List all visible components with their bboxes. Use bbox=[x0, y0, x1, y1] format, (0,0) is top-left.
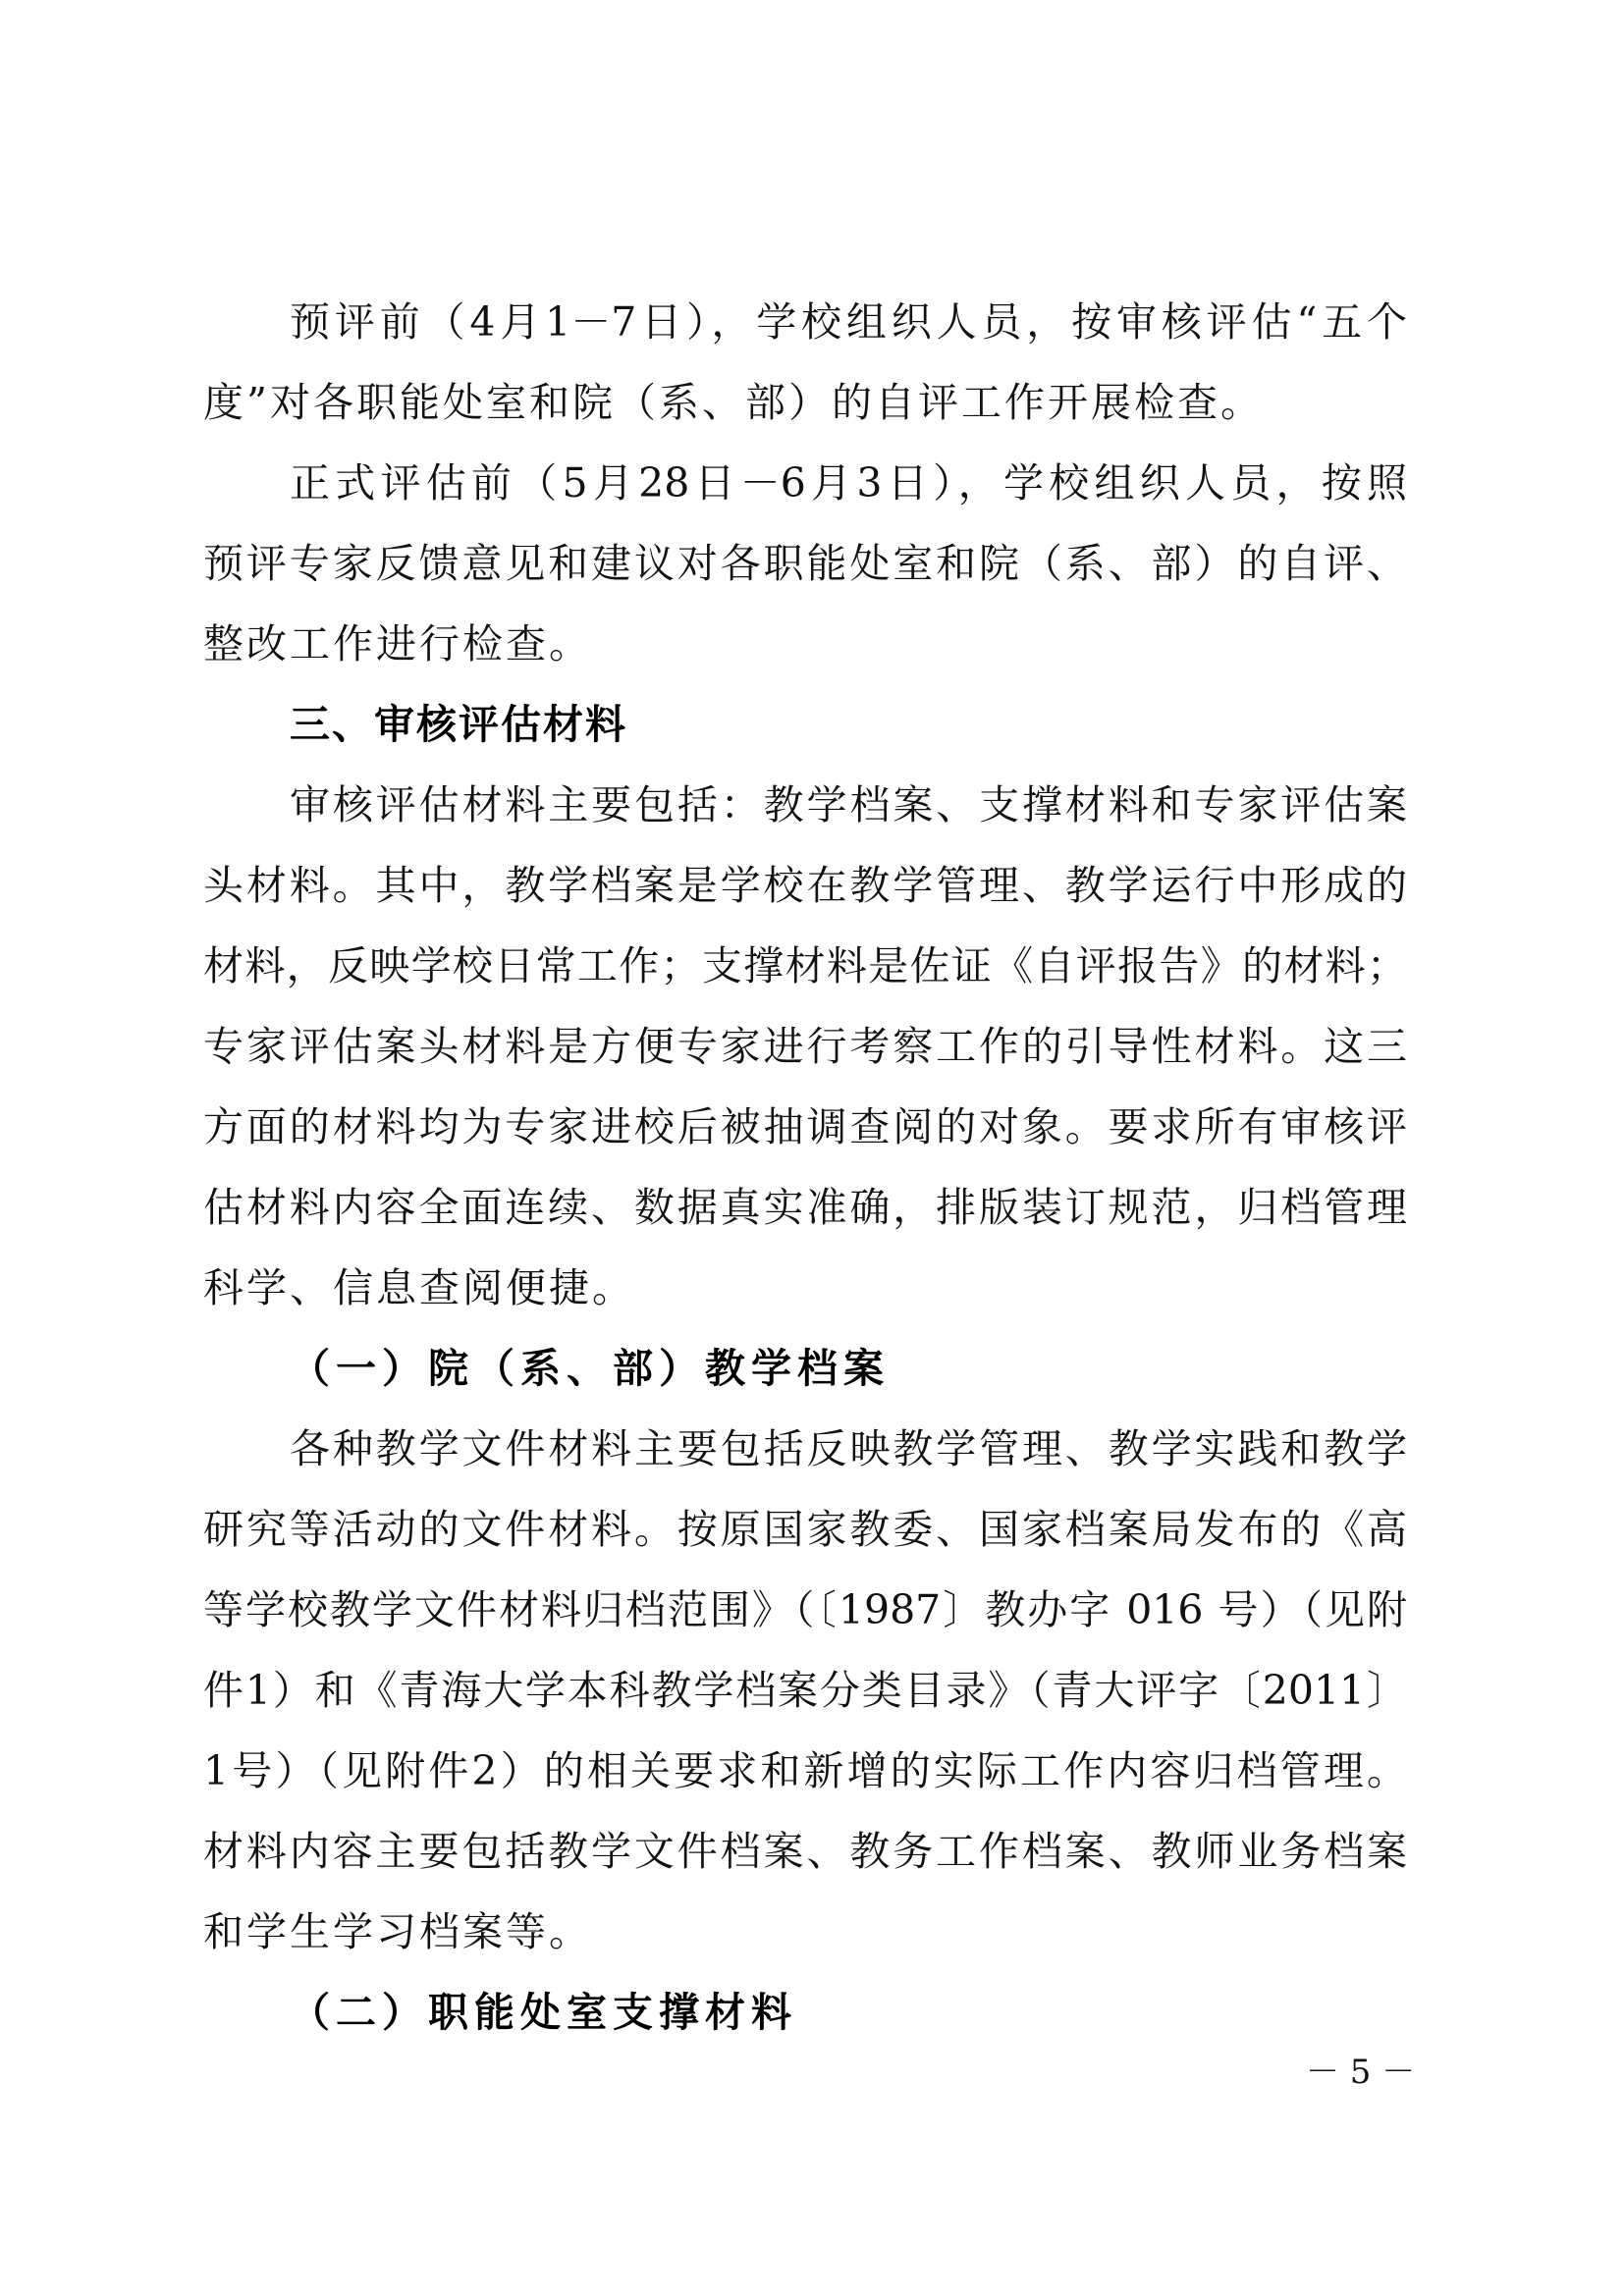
subsection-heading: （一）院（系、部）教学档案 bbox=[290, 1328, 1407, 1409]
paragraph-line: 件1）和《青海大学本科教学档案分类目录》（青大评字〔2011〕 bbox=[203, 1650, 1407, 1731]
paragraph-line: 1号）（见附件2）的相关要求和新增的实际工作内容归档管理。 bbox=[203, 1731, 1407, 1811]
subsection-heading: （二）职能处室支撑材料 bbox=[290, 1972, 1407, 2053]
paragraph-line: 估材料内容全面连续、数据真实准确，排版装订规范，归档管理 bbox=[203, 1167, 1407, 1248]
paragraph-line: 预评专家反馈意见和建议对各职能处室和院（系、部）的自评、 bbox=[203, 523, 1407, 604]
section-heading: 三、审核评估材料 bbox=[290, 684, 1407, 765]
paragraph-line: 方面的材料均为专家进校后被抽调查阅的对象。要求所有审核评 bbox=[203, 1087, 1407, 1167]
paragraph-line: 材料，反映学校日常工作；支撑材料是佐证《自评报告》的材料； bbox=[203, 926, 1407, 1006]
paragraph-line: 预评前（4月1－7日），学校组织人员，按审核评估“五个 bbox=[290, 282, 1407, 362]
paragraph-line: 正式评估前（5月28日－6月3日），学校组织人员，按照 bbox=[290, 443, 1407, 523]
paragraph-line: 材料内容主要包括教学文件档案、教务工作档案、教师业务档案 bbox=[203, 1811, 1407, 1892]
paragraph-line: 头材料。其中，教学档案是学校在教学管理、教学运行中形成的 bbox=[203, 845, 1407, 926]
paragraph-line: 科学、信息查阅便捷。 bbox=[203, 1248, 1407, 1328]
paragraph-line: 度”对各职能处室和院（系、部）的自评工作开展检查。 bbox=[203, 362, 1407, 443]
document-page: 预评前（4月1－7日），学校组织人员，按审核评估“五个 度”对各职能处室和院（系… bbox=[0, 0, 1624, 2296]
paragraph-line: 等学校教学文件材料归档范围》（〔1987〕教办字 016 号）（见附 bbox=[203, 1570, 1407, 1650]
page-number: － 5 － bbox=[1306, 2050, 1414, 2095]
paragraph-line: 专家评估案头材料是方便专家进行考察工作的引导性材料。这三 bbox=[203, 1006, 1407, 1087]
paragraph-line: 研究等活动的文件材料。按原国家教委、国家档案局发布的《高 bbox=[203, 1489, 1407, 1570]
paragraph-line: 整改工作进行检查。 bbox=[203, 604, 1407, 684]
paragraph-line: 各种教学文件材料主要包括反映教学管理、教学实践和教学 bbox=[290, 1409, 1407, 1489]
paragraph-line: 审核评估材料主要包括：教学档案、支撑材料和专家评估案 bbox=[290, 765, 1407, 845]
paragraph-line: 和学生学习档案等。 bbox=[203, 1892, 1407, 1972]
